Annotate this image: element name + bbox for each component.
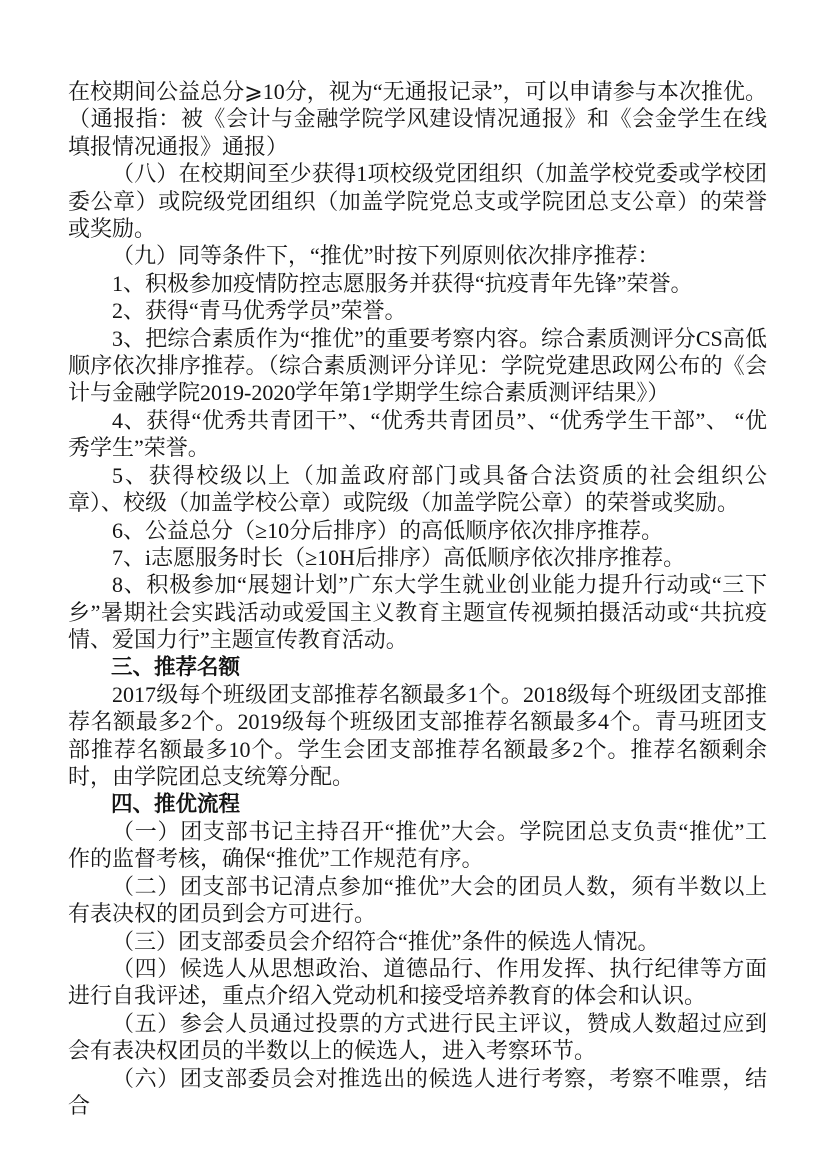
document-paragraph: 7、i志愿服务时长（≥10H后排序）高低顺序依次排序推荐。 [68, 544, 767, 571]
document-paragraph: 6、公益总分（≥10分后排序）的高低顺序依次排序推荐。 [68, 517, 767, 544]
document-paragraph: （九）同等条件下，“推优”时按下列原则依次排序推荐： [68, 242, 767, 269]
document-paragraph: （三）团支部委员会介绍符合“推优”条件的候选人情况。 [68, 928, 767, 955]
document-paragraph: 在校期间公益总分⩾10分，视为“无通报记录”，可以申请参与本次推优。（通报指：被… [68, 78, 767, 160]
document-paragraph: （八）在校期间至少获得1项校级党团组织（加盖学校党委或学校团委公章）或院级党团组… [68, 160, 767, 242]
document-paragraph: 5、获得校级以上（加盖政府部门或具备合法资质的社会组织公章）、校级（加盖学校公章… [68, 462, 767, 517]
document-paragraph: （四）候选人从思想政治、道德品行、作用发挥、执行纪律等方面进行自我评述，重点介绍… [68, 955, 767, 1010]
document-paragraph: 2017级每个班级团支部推荐名额最多1个。2018级每个班级团支部推荐名额最多2… [68, 681, 767, 791]
document-paragraph: 8、积极参加“展翅计划”广东大学生就业创业能力提升行动或“三下乡”暑期社会实践活… [68, 571, 767, 653]
document-paragraph: （六）团支部委员会对推选出的候选人进行考察，考察不唯票，结合 [68, 1065, 767, 1120]
document-paragraph: 4、获得“优秀共青团干”、“优秀共青团员”、“优秀学生干部”、 “优秀学生”荣誉… [68, 407, 767, 462]
document-body: 在校期间公益总分⩾10分，视为“无通报记录”，可以申请参与本次推优。（通报指：被… [68, 78, 767, 1119]
document-paragraph: 1、积极参加疫情防控志愿服务并获得“抗疫青年先锋”荣誉。 [68, 270, 767, 297]
document-paragraph: （一）团支部书记主持召开“推优”大会。学院团总支负责“推优”工作的监督考核，确保… [68, 818, 767, 873]
document-page: 在校期间公益总分⩾10分，视为“无通报记录”，可以申请参与本次推优。（通报指：被… [0, 0, 827, 1169]
document-paragraph: 2、获得“青马优秀学员”荣誉。 [68, 297, 767, 324]
document-paragraph: （五）参会人员通过投票的方式进行民主评议，赞成人数超过应到会有表决权团员的半数以… [68, 1010, 767, 1065]
section-heading: 四、推优流程 [68, 791, 767, 818]
document-paragraph: （二）团支部书记清点参加“推优”大会的团员人数，须有半数以上有表决权的团员到会方… [68, 873, 767, 928]
document-paragraph: 3、把综合素质作为“推优”的重要考察内容。综合素质测评分CS高低顺序依次排序推荐… [68, 325, 767, 407]
section-heading: 三、推荐名额 [68, 654, 767, 681]
